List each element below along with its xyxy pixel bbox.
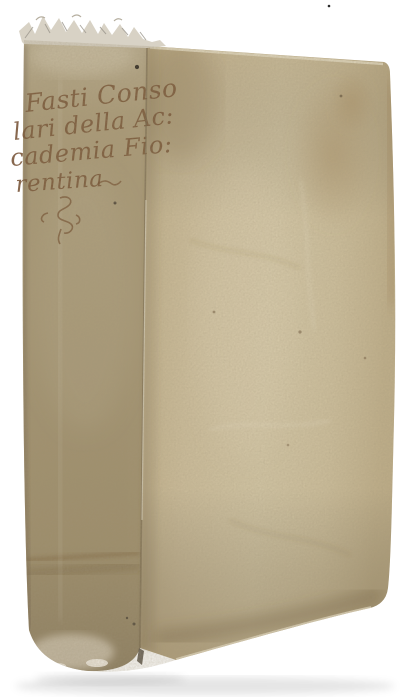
headcap-fray-curls bbox=[36, 15, 122, 21]
speck-background bbox=[328, 5, 331, 8]
floor-shadow bbox=[15, 673, 395, 695]
floor-shadow-foot bbox=[35, 673, 185, 685]
book-photo: Fasti Conso lari della Ac: cademia Fio: … bbox=[0, 0, 414, 700]
grain-rect bbox=[0, 0, 414, 700]
grain-texture bbox=[0, 0, 414, 700]
book-photo-frame: Fasti Conso lari della Ac: cademia Fio: … bbox=[0, 0, 414, 700]
